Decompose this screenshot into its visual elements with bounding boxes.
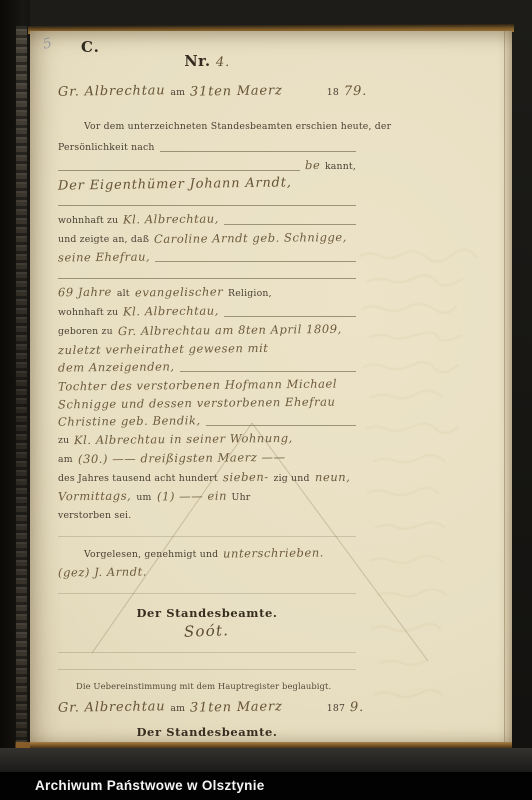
- printed-text: Nr.: [184, 55, 210, 68]
- handwritten-text: 79.: [344, 85, 367, 98]
- form-line: 69 JahrealtevangelischerReligion,: [58, 286, 356, 300]
- form-line: Der Eigenthümer Johann Arndt,: [58, 178, 356, 191]
- printed-text: am: [58, 453, 73, 466]
- handwritten-text: dem Anzeigenden,: [58, 360, 175, 374]
- printed-text: wohnhaft zu: [58, 214, 118, 227]
- form-line: Vor dem unterzeichneten Standesbeamten e…: [58, 120, 356, 133]
- handwritten-text: unterschrieben.: [223, 546, 324, 560]
- rule-line: [58, 534, 356, 537]
- printed-text: Vor dem unterzeichneten Standesbeamten e…: [84, 120, 391, 133]
- register-page: 5 C. Nr.4.Gr. Albrechtauam31ten Maer: [30, 31, 512, 743]
- handwritten-text: Christine geb. Bendik,: [58, 414, 201, 428]
- rule-line: [155, 259, 356, 262]
- form-line: wohnhaft zuKl. Albrechtau,: [58, 213, 356, 227]
- handwritten-text: neun,: [315, 471, 351, 484]
- handwritten-text: sieben-: [223, 471, 269, 484]
- archive-watermark-band: Archiwum Państwowe w Olsztynie: [0, 772, 532, 800]
- form-line: dem Anzeigenden,: [58, 361, 356, 374]
- pencil-page-number: 5: [41, 35, 53, 53]
- handwritten-text: 31ten Maerz: [190, 700, 283, 714]
- printed-text: des Jahres tausend acht hundert: [58, 472, 218, 485]
- form-line: Der Standesbeamte.: [58, 726, 356, 739]
- form-line: des Jahres tausend acht hundertsieben-zi…: [58, 471, 356, 485]
- handwritten-text: 9.: [350, 701, 364, 714]
- printed-text: und zeigte an, daß: [58, 233, 149, 246]
- rule-line: [58, 591, 356, 594]
- printed-text: geboren zu: [58, 325, 113, 338]
- rule-line: [206, 423, 356, 426]
- handwritten-text: Kl. Albrechtau,: [123, 212, 219, 226]
- printed-text: Der Standesbeamte.: [136, 726, 277, 739]
- form-line: am(30.) —— dreißigsten Maerz ——: [58, 452, 356, 466]
- page-fold-line: [504, 31, 505, 743]
- rule-line: [224, 222, 356, 225]
- handwritten-text: Gr. Albrechtau am 8ten April 1809,: [118, 323, 342, 338]
- form-line: [58, 648, 356, 655]
- handwritten-text: evangelischer: [135, 286, 223, 300]
- form-line: [58, 274, 356, 281]
- form-line: Christine geb. Bendik,: [58, 415, 356, 428]
- form-line: Der Standesbeamte.: [58, 607, 356, 620]
- form-line: Persönlichkeit nach: [58, 141, 356, 154]
- form-line: [58, 201, 356, 208]
- handwritten-text: Tochter des verstorbenen Hofmann Michael: [58, 378, 337, 394]
- handwritten-text: (30.) —— dreißigsten Maerz ——: [78, 451, 286, 466]
- handwritten-text: 4.: [215, 56, 229, 69]
- printed-text: wohnhaft zu: [58, 306, 118, 319]
- printed-text: am: [170, 702, 185, 715]
- printed-text: 18: [327, 86, 339, 99]
- archival-scan-viewport: { "colors": { "paper": "#e9e0c5", "ink_p…: [0, 0, 532, 800]
- form-line: Die Uebereinstimmung mit dem Hauptregist…: [58, 680, 356, 693]
- handwritten-text: (gez) J. Arndt.: [58, 566, 147, 580]
- form-line: Gr. Albrechtauam31ten Maerz1879.: [58, 701, 356, 715]
- rule-line: [58, 650, 356, 653]
- printed-text: Persönlichkeit nach: [58, 141, 155, 154]
- handwritten-text: Gr. Albrechtau: [58, 84, 166, 98]
- printed-text: Religion,: [228, 287, 272, 300]
- printed-text: zu: [58, 434, 69, 447]
- rule-line: [58, 203, 356, 206]
- handwritten-text: Kl. Albrechtau,: [123, 304, 219, 318]
- form-line: [58, 589, 356, 596]
- printed-text: alt: [117, 287, 130, 300]
- printed-text: Die Uebereinstimmung mit dem Hauptregist…: [76, 680, 331, 693]
- page-fold-strip: [505, 31, 512, 743]
- form-line: wohnhaft zuKl. Albrechtau,: [58, 305, 356, 319]
- rule-line: [58, 276, 356, 279]
- rule-line: [58, 667, 356, 670]
- rule-line: [224, 314, 356, 317]
- printed-text: kannt,: [325, 160, 356, 173]
- form-line: bekannt,: [58, 159, 356, 173]
- book-spine-edge: [16, 26, 27, 746]
- rule-line: [180, 369, 356, 372]
- handwritten-text: 31ten Maerz: [190, 84, 283, 98]
- form-line: Gr. Albrechtauam31ten Maerz1879.: [58, 85, 356, 99]
- form-line: Vormittags,um(1) —— einUhr: [58, 490, 356, 504]
- printed-text: um: [136, 491, 151, 504]
- form-line: Schnigge und dessen verstorbenen Ehefrau: [58, 397, 356, 410]
- handwritten-text: Caroline Arndt geb. Schnigge,: [154, 231, 347, 246]
- signature-text: Soót.: [184, 624, 230, 639]
- printed-text: Vorgelesen, genehmigt und: [84, 548, 218, 561]
- printed-text: zig und: [273, 472, 309, 485]
- handwritten-text: seine Ehefrau,: [58, 251, 150, 265]
- form-line: zuKl. Albrechtau in seiner Wohnung,: [58, 433, 356, 447]
- form-line: Nr.4.: [58, 55, 356, 69]
- handwritten-text: be: [305, 159, 320, 172]
- archive-watermark-label: Archiwum Państwowe w Olsztynie: [35, 772, 265, 800]
- form-line: [58, 532, 356, 539]
- handwritten-text: Schnigge und dessen verstorbenen Ehefrau: [58, 396, 336, 412]
- form-line: geboren zuGr. Albrechtau am 8ten April 1…: [58, 324, 356, 338]
- form-line: Soót.: [58, 625, 356, 638]
- handwritten-text: 69 Jahre: [58, 286, 112, 300]
- printed-text: verstorben sei.: [58, 509, 131, 522]
- form-line: zuletzt verheirathet gewesen mit: [58, 343, 356, 356]
- form-line: (gez) J. Arndt.: [58, 566, 356, 579]
- rule-line: [160, 149, 356, 152]
- handwritten-text: Vormittags,: [58, 490, 131, 504]
- form-section-letter: C.: [81, 38, 100, 56]
- form-line: und zeigte an, daßCaroline Arndt geb. Sc…: [58, 232, 356, 246]
- lower-shadow: [0, 748, 532, 774]
- form-lines: Nr.4.Gr. Albrechtauam31ten Maerz1879.Vor…: [58, 55, 356, 757]
- printed-text: 187: [327, 702, 345, 715]
- printed-text: Uhr: [232, 491, 251, 504]
- handwritten-text: Kl. Albrechtau in seiner Wohnung,: [74, 432, 293, 447]
- rule-line: [58, 168, 300, 171]
- form-line: seine Ehefrau,: [58, 251, 356, 264]
- form-line: Tochter des verstorbenen Hofmann Michael: [58, 379, 356, 392]
- form-line: Vorgelesen, genehmigt undunterschrieben.: [58, 547, 356, 561]
- printed-text: am: [170, 86, 185, 99]
- handwritten-text: zuletzt verheirathet gewesen mit: [58, 342, 269, 357]
- form-line: verstorben sei.: [58, 509, 356, 522]
- form-line: [58, 665, 356, 672]
- printed-text: Der Standesbeamte.: [136, 607, 277, 620]
- handwritten-text: Der Eigenthümer Johann Arndt,: [58, 176, 292, 192]
- handwritten-text: Gr. Albrechtau: [58, 700, 166, 714]
- handwritten-text: (1) —— ein: [156, 490, 226, 504]
